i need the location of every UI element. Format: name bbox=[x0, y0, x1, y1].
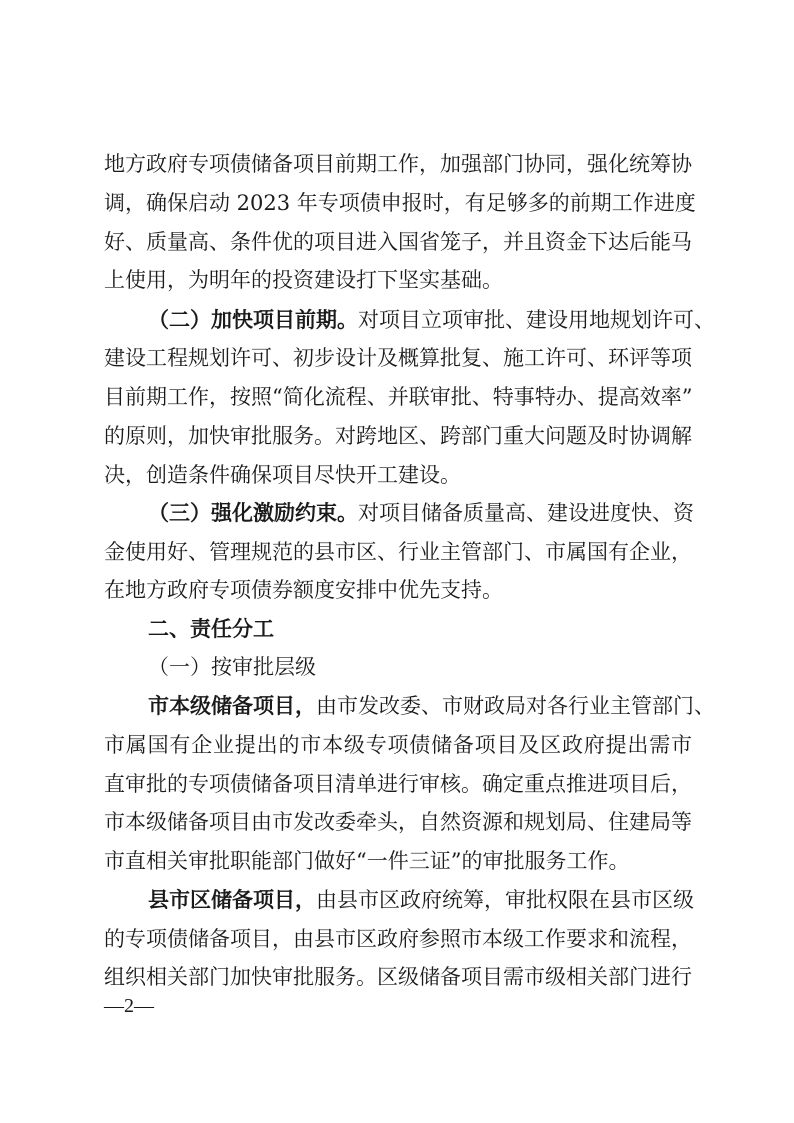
body-text: 由市发改委、市财政局对各行业主管部门、 bbox=[316, 694, 715, 718]
bold-lead: 县市区储备项目， bbox=[148, 888, 316, 912]
paragraph-first-line: （二）加快项目前期。对项目立项审批、建设用地规划许可、 bbox=[148, 305, 692, 335]
subsection-heading: （一）按审批层级 bbox=[148, 652, 692, 682]
body-text: 对项目储备质量高、建设进度快、资 bbox=[358, 501, 694, 525]
body-line: 地方政府专项债储备项目前期工作，加强部门协同，强化统筹协 bbox=[104, 149, 692, 179]
body-line: 上使用，为明年的投资建设打下坚实基础。 bbox=[104, 265, 692, 295]
paragraph-first-line: 县市区储备项目，由县市区政府统筹，审批权限在县市区级 bbox=[148, 885, 692, 915]
section-title: （三）强化激励约束。 bbox=[148, 500, 358, 525]
bold-lead: 市本级储备项目， bbox=[148, 694, 316, 718]
body-line: 市属国有企业提出的市本级专项债储备项目及区政府提出需市 bbox=[104, 730, 692, 760]
body-line: 直审批的专项债储备项目清单进行审核。确定重点推进项目后， bbox=[104, 769, 692, 799]
body-line: 市本级储备项目由市发改委牵头，自然资源和规划局、住建局等 bbox=[104, 807, 692, 837]
body-line: 决，创造条件确保项目尽快开工建设。 bbox=[104, 460, 692, 490]
section-title: （二）加快项目前期。 bbox=[148, 307, 358, 332]
body-line: 目前期工作，按照“简化流程、并联审批、特事特办、提高效率” bbox=[104, 382, 692, 412]
body-line: 建设工程规划许可、初步设计及概算批复、施工许可、环评等项 bbox=[104, 343, 692, 373]
body-line: 调，确保启动 2023 年专项债申报时，有足够多的前期工作进度 bbox=[104, 188, 692, 218]
page-number: —2— bbox=[104, 994, 154, 1018]
paragraph-first-line: 市本级储备项目，由市发改委、市财政局对各行业主管部门、 bbox=[148, 691, 692, 721]
section-heading: 二、责任分工 bbox=[148, 614, 692, 644]
body-line: 的专项债储备项目，由县市区政府参照市本级工作要求和流程， bbox=[104, 924, 692, 954]
body-line: 在地方政府专项债券额度安排中优先支持。 bbox=[104, 575, 692, 605]
document-page: 地方政府专项债储备项目前期工作，加强部门协同，强化统筹协 调，确保启动 2023… bbox=[0, 0, 794, 1123]
body-line: 组织相关部门加快审批服务。区级储备项目需市级相关部门进行 bbox=[104, 962, 692, 992]
body-text: 由县市区政府统筹，审批权限在县市区级 bbox=[316, 888, 694, 912]
body-line: 的原则，加快审批服务。对跨地区、跨部门重大问题及时协调解 bbox=[104, 421, 692, 451]
paragraph-first-line: （三）强化激励约束。对项目储备质量高、建设进度快、资 bbox=[148, 498, 692, 528]
body-line: 金使用好、管理规范的县市区、行业主管部门、市属国有企业， bbox=[104, 537, 692, 567]
body-line: 市直相关审批职能部门做好“一件三证”的审批服务工作。 bbox=[104, 846, 692, 876]
body-line: 好、质量高、条件优的项目进入国省笼子，并且资金下达后能马 bbox=[104, 227, 692, 257]
body-text: 对项目立项审批、建设用地规划许可、 bbox=[358, 308, 715, 332]
